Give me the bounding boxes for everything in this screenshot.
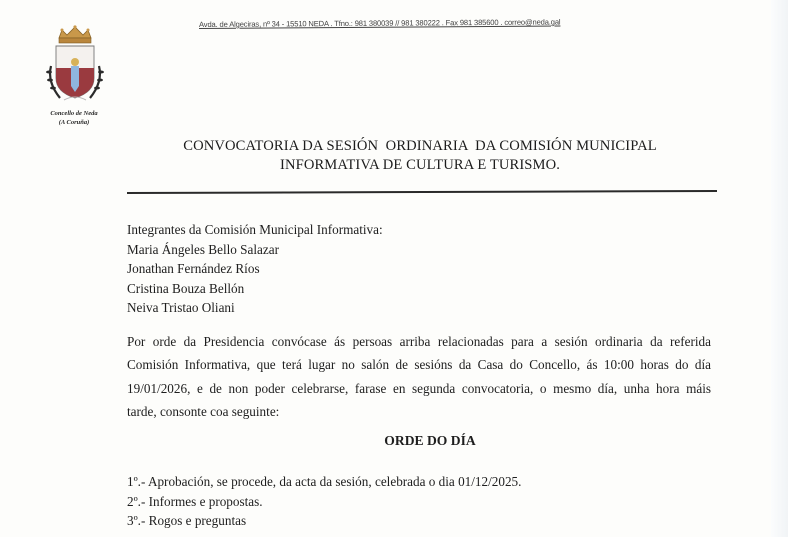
agenda-item: 3º.- Rogos e preguntas (127, 511, 521, 531)
title-line-1: CONVOCATORIA DA SESIÓN ORDINARIA DA COMI… (160, 137, 680, 156)
agenda-item: 1º.- Aprobación, se procede, da acta da … (127, 472, 521, 492)
convocation-paragraph: Por orde da Presidencia convócase ás per… (127, 330, 711, 424)
horizontal-divider (127, 190, 717, 194)
page-edge-shadow (771, 0, 788, 537)
document-title: CONVOCATORIA DA SESIÓN ORDINARIA DA COMI… (160, 137, 680, 175)
members-section: Integrantes da Comisión Municipal Inform… (127, 220, 383, 318)
paragraph-line: 19/01/2026, e de non poder celebrarse, f… (127, 377, 711, 400)
letterhead-address: Avda. de Algeciras, nº 34 - 15510 NEDA .… (199, 17, 561, 29)
agenda-heading: ORDE DO DÍA (340, 433, 520, 449)
member-name: Neiva Tristao Oliani (127, 298, 383, 318)
member-name: Jonathan Fernández Ríos (127, 259, 383, 279)
paragraph-line: Por orde da Presidencia convócase ás per… (127, 330, 711, 353)
logo-caption-province: (A Coruña) (40, 118, 108, 127)
agenda-list: 1º.- Aprobación, se procede, da acta da … (127, 472, 521, 531)
logo-caption-municipality: Concello de Neda (40, 109, 108, 118)
logo-caption: Concello de Neda (A Coruña) (40, 109, 108, 127)
agenda-item: 2º.- Informes e propostas. (127, 492, 521, 512)
paragraph-line: tarde, consonte coa seguinte: (127, 400, 711, 423)
member-name: Maria Ángeles Bello Salazar (127, 240, 383, 260)
title-line-2: INFORMATIVA DE CULTURA E TURISMO. (160, 156, 680, 175)
members-heading: Integrantes da Comisión Municipal Inform… (127, 220, 383, 240)
paragraph-line: Comisión Informativa, que terá lugar no … (127, 353, 711, 376)
member-name: Cristina Bouza Bellón (127, 279, 383, 299)
